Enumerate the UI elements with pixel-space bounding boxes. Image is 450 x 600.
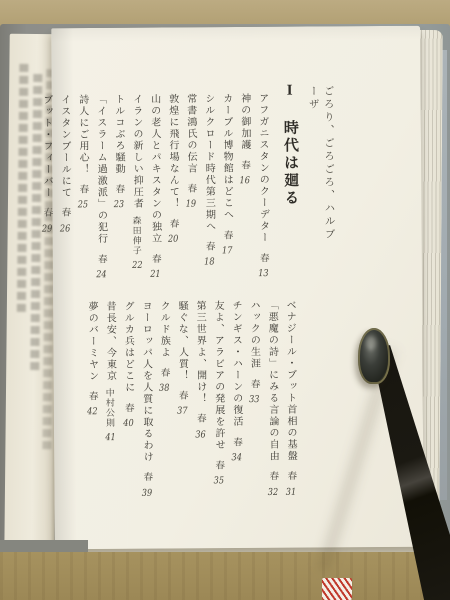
toc-entry-season: 春 xyxy=(267,471,277,482)
toc-entry-title: イランの新しい抑圧者 xyxy=(131,94,143,210)
toc-entry-title: トルコぶろ騒動 xyxy=(113,94,125,175)
toc-entry: アフガニスタンのクーデター春13 xyxy=(253,93,272,307)
toc-entry-page-number: 40 xyxy=(123,419,134,429)
toc-entry-title: 夢のバーミヤン xyxy=(86,301,98,382)
red-striped-item xyxy=(322,578,352,600)
toc-list-bottom: ベナジール・ブット首相の基盤春31 「悪魔の詩」にみる言論の自由春32 ハックの… xyxy=(55,300,299,504)
toc-entry-season: 春 xyxy=(59,208,69,219)
toc-entry-title: イスタンブールにて xyxy=(59,94,71,198)
toc-entry-title: クルド族よ xyxy=(158,300,169,358)
toc-entry-page-number: 21 xyxy=(150,269,161,279)
toc-entry-title: 「悪魔の詩」にみる言論の自由 xyxy=(266,300,278,462)
toc-entry: カーブル博物館はどこへ春17 xyxy=(217,93,236,307)
toc-entry: 詩人にご用心！春25 xyxy=(73,94,92,308)
toc-entry: トルコぶろ騒動春23 xyxy=(109,94,128,308)
toc-entry-season: 春 xyxy=(213,460,223,471)
toc-entry-title: 敦煌に飛行場なんて！ xyxy=(167,93,179,209)
toc-entry-season: 春 xyxy=(41,208,51,219)
toc-entry-page-number: 13 xyxy=(258,269,269,279)
toc-entry-page-number: 20 xyxy=(168,235,179,245)
toc-entry-title: グルカ兵はどこに xyxy=(122,301,134,394)
table-surface-bottom xyxy=(0,552,450,600)
toc-entry-title: 第三世界よ、開け！ xyxy=(194,300,206,404)
toc-entry: 昔長安、今東京中村公則41 xyxy=(100,301,119,503)
toc-entry-title: ハックの生涯 xyxy=(248,300,259,370)
toc-entry-page-number: 17 xyxy=(222,246,233,256)
toc-entry: 友よ、アラビアの発展を許せ春35 xyxy=(208,300,227,502)
toc-entry-season: 春 xyxy=(87,391,97,402)
toc-entry-title: チンギス・ハーンの復活 xyxy=(230,300,242,428)
toc-entry-page-number: 36 xyxy=(195,430,206,440)
toc-entry-title: 「イスラーム過激派」の犯行 xyxy=(95,94,107,245)
toc-entry-page-number: 38 xyxy=(159,384,170,394)
toc-entry-page-number: 42 xyxy=(87,407,98,417)
toc-entry: 敦煌に飛行場なんて！春20 xyxy=(163,93,182,307)
toc-band-bottom: ベナジール・ブット首相の基盤春31 「悪魔の詩」にみる言論の自由春32 ハックの… xyxy=(55,300,299,504)
toc-entry-page-number: 18 xyxy=(204,257,215,267)
contents-page: ごろり、ごろごろ、ハルブーザ I 時代は廻る アフガニスタンのクーデター春13 … xyxy=(51,26,424,550)
toc-entry-page-number: 26 xyxy=(60,224,71,234)
toc-entry: シルクロード時代第三期へ春18 xyxy=(199,93,218,307)
toc-entry: 神の御加護春16 xyxy=(235,93,254,307)
strap-clasp-bead xyxy=(358,328,390,384)
table-surface-top xyxy=(0,0,450,26)
toc-entry-season: 春 xyxy=(239,160,249,171)
toc-list-top: アフガニスタンのクーデター春13 神の御加護春16 カーブル博物館はどこへ春17… xyxy=(56,93,272,308)
toc-entry-season: 春 xyxy=(177,391,187,402)
toc-band-top: アフガニスタンのクーデター春13 神の御加護春16 カーブル博物館はどこへ春17… xyxy=(56,93,272,308)
toc-entry-page-number: 24 xyxy=(96,270,107,280)
toc-entry-season: 春 xyxy=(77,184,87,195)
toc-entry-title: ベナジール・ブット首相の基盤 xyxy=(284,300,296,462)
toc-entry-page-number: 31 xyxy=(285,487,296,497)
toc-entry-season: 春 xyxy=(204,241,214,252)
toc-entry-page-number: 23 xyxy=(113,200,124,210)
toc-entry: 騒ぐな、人質！春37 xyxy=(172,300,191,502)
toc-entry: 夢のバーミヤン春42 xyxy=(82,301,101,503)
toc-entry-page-number: 32 xyxy=(267,487,278,497)
toc-entry-title: 詩人にご用心！ xyxy=(77,94,89,175)
toc-entry-season: 春 xyxy=(185,183,195,194)
toc-entry: 第三世界よ、開け！春36 xyxy=(190,300,209,502)
toc-entry: ブット・フィーバー春29 xyxy=(37,94,56,308)
toc-entry-page-number: 37 xyxy=(177,407,188,417)
toc-entry: ヨーロッパ人を人質に取るわけ春39 xyxy=(136,301,155,503)
toc-entry-page-number: 35 xyxy=(213,476,224,486)
toc-entry: クルド族よ春38 xyxy=(154,300,173,502)
toc-entry: イランの新しい抑圧者森田伸子22 xyxy=(127,94,146,308)
toc-entry-page-number: 34 xyxy=(231,453,242,463)
toc-entry-title: 神の御加護 xyxy=(239,93,250,151)
strap-clasp-highlight xyxy=(366,336,376,350)
toc-entry-author: 森田伸子 xyxy=(131,216,141,256)
toc-entry-page-number: 33 xyxy=(249,395,260,405)
toc-entry: 「イスラーム過激派」の犯行春24 xyxy=(91,94,110,308)
toc-entry: チンギス・ハーンの復活春34 xyxy=(226,300,245,502)
toc-entry-title: 昔長安、今東京 xyxy=(104,301,116,382)
toc-entry-title: 山の老人とパキスタンの独立 xyxy=(149,94,161,245)
book-title-column: ごろり、ごろごろ、ハルブーザ xyxy=(306,85,337,245)
toc-entry-title: シルクロード時代第三期へ xyxy=(203,93,215,232)
toc-entry-season: 春 xyxy=(150,253,160,264)
toc-entry: イスタンブールにて春26 xyxy=(55,94,74,308)
toc-entry-season: 春 xyxy=(285,471,295,482)
toc-entry-title: 騒ぐな、人質！ xyxy=(176,300,188,381)
toc-entry-page-number: 16 xyxy=(239,176,250,186)
toc-entry: 山の老人とパキスタンの独立春21 xyxy=(145,94,164,308)
toc-entry-season: 春 xyxy=(96,254,106,265)
toc-entry-page-number: 25 xyxy=(77,200,88,210)
toc-entry: グルカ兵はどこに春40 xyxy=(118,301,137,503)
toc-entry-page-number: 29 xyxy=(42,224,53,234)
toc-entry-page-number: 41 xyxy=(105,433,116,443)
toc-entry-season: 春 xyxy=(123,403,133,414)
toc-entry: 常書鴻氏の伝言春19 xyxy=(181,93,200,307)
toc-entry-title: 友よ、アラビアの発展を許せ xyxy=(212,300,224,451)
toc-entry-title: カーブル博物館はどこへ xyxy=(221,93,233,221)
toc-entry-page-number: 22 xyxy=(132,261,143,271)
toc-entry-season: 春 xyxy=(231,437,241,448)
toc-entry: ベナジール・ブット首相の基盤春31 xyxy=(280,300,299,502)
toc-entry-title: アフガニスタンのクーデター xyxy=(257,93,269,244)
toc-entry-season: 春 xyxy=(141,472,151,483)
toc-entry-title: ブット・フィーバー xyxy=(41,94,53,198)
toc-entry-season: 春 xyxy=(195,414,205,425)
toc-entry-season: 春 xyxy=(159,367,169,378)
toc-entry-title: ヨーロッパ人を人質に取るわけ xyxy=(140,301,152,463)
toc-entry-title: 常書鴻氏の伝言 xyxy=(185,93,197,174)
toc-entry: 「悪魔の詩」にみる言論の自由春32 xyxy=(262,300,281,502)
toc-entry-season: 春 xyxy=(249,378,259,389)
toc-entry-season: 春 xyxy=(258,253,268,264)
toc-entry-author: 中村公則 xyxy=(105,388,115,428)
toc-entry-season: 春 xyxy=(222,230,232,241)
toc-entry-page-number: 39 xyxy=(141,488,152,498)
section-header: I 時代は廻る xyxy=(280,83,302,223)
blurred-text-column xyxy=(17,64,29,314)
photo-of-open-book: ごろり、ごろごろ、ハルブーザ I 時代は廻る アフガニスタンのクーデター春13 … xyxy=(0,0,450,600)
toc-entry-season: 春 xyxy=(113,184,123,195)
toc-entry-page-number: 19 xyxy=(185,200,196,210)
toc-entry: ハックの生涯春33 xyxy=(244,300,263,502)
toc-entry-season: 春 xyxy=(168,218,178,229)
